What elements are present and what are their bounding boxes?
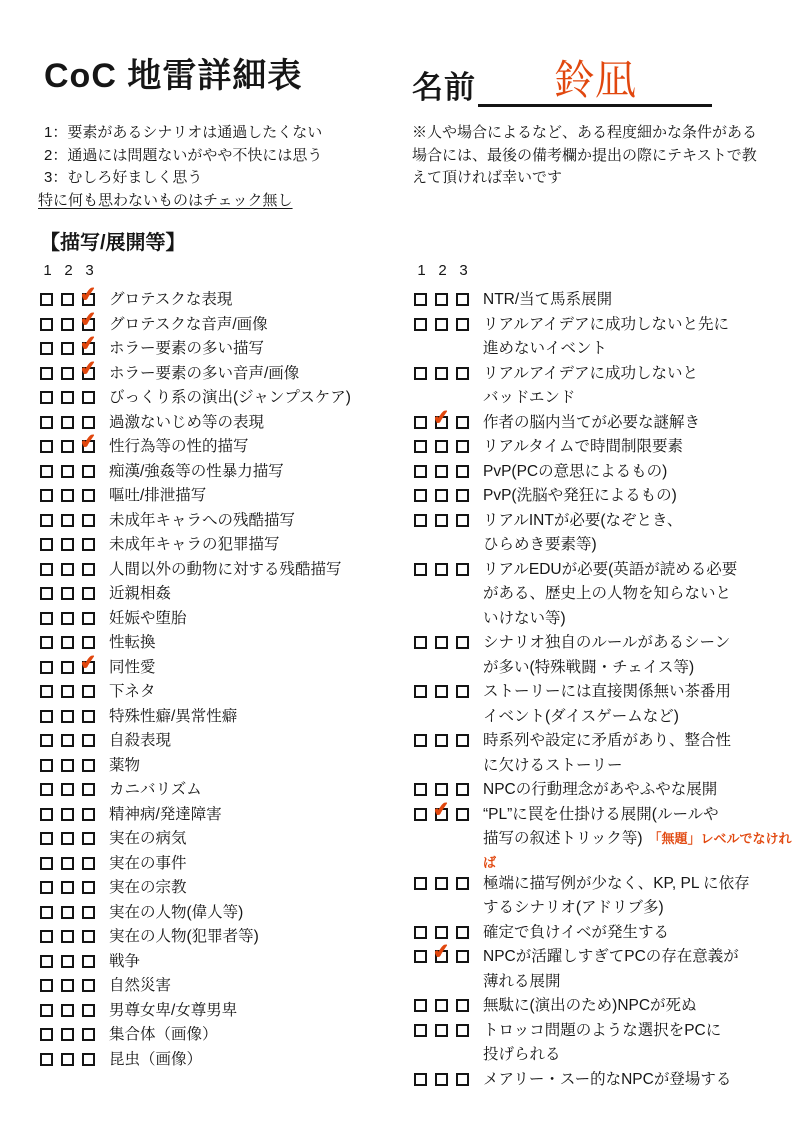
checkbox-2[interactable]	[61, 538, 74, 551]
checkbox-3[interactable]	[82, 391, 95, 404]
checkbox-3[interactable]	[82, 416, 95, 429]
checkbox-3[interactable]	[82, 1028, 95, 1041]
item-label-wrap: 戦争	[109, 950, 408, 975]
rating-legend: 1：要素があるシナリオは通過したくない 2：通過には問題ないがやや不快には思う …	[44, 122, 322, 190]
checkbox-2[interactable]	[61, 808, 74, 821]
rating-boxes	[40, 852, 95, 870]
item-label: 時系列や設定に矛盾があり、整合性 に欠けるストーリー	[483, 732, 731, 774]
checkbox-1[interactable]	[414, 318, 427, 331]
checkbox-1[interactable]	[414, 808, 427, 821]
checkbox-1[interactable]	[414, 1073, 427, 1086]
checkmark-icon: ✔	[79, 333, 98, 355]
checkbox-2[interactable]	[435, 636, 448, 649]
checkbox-2[interactable]	[61, 489, 74, 502]
checkbox-1[interactable]	[40, 465, 53, 478]
checkbox-3[interactable]: ✔	[82, 661, 95, 674]
section-title: 【描写/展開等】	[40, 226, 186, 255]
checkbox-1[interactable]	[40, 318, 53, 331]
checkbox-2[interactable]	[61, 367, 74, 380]
checkbox-2[interactable]	[61, 857, 74, 870]
checkbox-1[interactable]	[40, 685, 53, 698]
checkbox-1[interactable]	[40, 293, 53, 306]
checkbox-2[interactable]	[61, 636, 74, 649]
checkbox-3[interactable]	[456, 489, 469, 502]
item-label: 実在の人物(偉人等)	[109, 904, 243, 921]
checkbox-1[interactable]	[414, 636, 427, 649]
checkbox-3[interactable]	[82, 783, 95, 796]
checkbox-3[interactable]	[456, 416, 469, 429]
item-label: PvP(PCの意思によるもの)	[483, 463, 667, 480]
checklist-item: カニバリズム	[40, 778, 408, 803]
item-label: 戦争	[109, 953, 140, 970]
checkbox-3[interactable]	[82, 685, 95, 698]
scale-1: 1	[415, 262, 428, 282]
rating-boxes	[40, 386, 95, 404]
checkbox-2[interactable]	[61, 514, 74, 527]
checkbox-1[interactable]	[40, 930, 53, 943]
checklist-item: シナリオ独自のルールがあるシーン が多い(特殊戦闘・チェイス等)	[414, 631, 798, 680]
checkbox-1[interactable]	[40, 734, 53, 747]
checkbox-1[interactable]	[414, 440, 427, 453]
checkbox-1[interactable]	[40, 906, 53, 919]
checkbox-2[interactable]	[435, 685, 448, 698]
rating-boxes	[414, 680, 469, 698]
checkbox-1[interactable]	[40, 636, 53, 649]
checkmark-icon: ✔	[432, 407, 451, 429]
checkbox-2[interactable]	[435, 877, 448, 890]
item-label: 確定で負けイベが発生する	[483, 924, 669, 941]
checkbox-1[interactable]	[40, 857, 53, 870]
item-label: カニバリズム	[109, 781, 202, 798]
checkbox-3[interactable]	[456, 293, 469, 306]
item-label-wrap: 実在の事件	[109, 852, 408, 877]
checkbox-1[interactable]	[40, 538, 53, 551]
item-label-wrap: カニバリズム	[109, 778, 408, 803]
checkbox-3[interactable]	[82, 465, 95, 478]
checkbox-2[interactable]	[61, 416, 74, 429]
checkbox-3[interactable]	[82, 1053, 95, 1066]
rating-boxes	[40, 680, 95, 698]
item-label-wrap: 作者の脳内当てが必要な謎解き	[483, 411, 798, 436]
checkbox-2[interactable]	[61, 587, 74, 600]
item-label-wrap: 痴漢/強姦等の性暴力描写	[109, 460, 408, 485]
item-label: 特殊性癖/異常性癖	[109, 708, 237, 725]
item-label-wrap: 嘔吐/排泄描写	[109, 484, 408, 509]
checklist-item: ストーリーには直接関係無い茶番用 イベント(ダイスゲームなど)	[414, 680, 798, 729]
item-label-wrap: 極端に描写例が少なく、KP, PL に依存 するシナリオ(アドリブ多)	[483, 872, 798, 921]
item-label: 性行為等の性的描写	[109, 438, 249, 455]
checklist-item: 集合体（画像）	[40, 1023, 408, 1048]
checkbox-3[interactable]	[456, 734, 469, 747]
checkbox-3[interactable]	[82, 979, 95, 992]
rating-boxes	[414, 994, 469, 1012]
checkbox-1[interactable]	[40, 391, 53, 404]
checkbox-1[interactable]	[40, 881, 53, 894]
rating-boxes	[414, 1019, 469, 1037]
checkbox-3[interactable]	[82, 538, 95, 551]
checkbox-2[interactable]	[61, 661, 74, 674]
checklist-item: 実在の病気	[40, 827, 408, 852]
checkbox-2[interactable]	[61, 342, 74, 355]
checklist-item: 実在の人物(犯罪者等)	[40, 925, 408, 950]
checklist-item: 自然災害	[40, 974, 408, 999]
item-label: 実在の宗教	[109, 879, 187, 896]
item-label-wrap: 確定で負けイベが発生する	[483, 921, 798, 946]
item-label: ストーリーには直接関係無い茶番用 イベント(ダイスゲームなど)	[483, 683, 731, 725]
checkbox-3[interactable]	[456, 465, 469, 478]
checkbox-1[interactable]	[414, 926, 427, 939]
item-label-wrap: トロッコ問題のような選択をPCに 投げられる	[483, 1019, 798, 1068]
checklist-item: メアリー・スー的なNPCが登場する	[414, 1068, 798, 1093]
rating-boxes	[40, 876, 95, 894]
rating-boxes	[40, 509, 95, 527]
item-label: リアルEDUが必要(英語が読める必要 がある、歴史上の人物を知らないと いけない…	[483, 561, 737, 627]
checkbox-2[interactable]	[61, 440, 74, 453]
checklist-item: 下ネタ	[40, 680, 408, 705]
item-label: 集合体（画像）	[109, 1026, 218, 1043]
item-label: びっくり系の演出(ジャンプスケア)	[109, 389, 351, 406]
checkbox-1[interactable]	[40, 759, 53, 772]
checkbox-2[interactable]	[435, 1024, 448, 1037]
rating-boxes	[414, 631, 469, 649]
item-label: グロテスクな表現	[109, 291, 232, 308]
item-label: 自殺表現	[109, 732, 171, 749]
checkbox-3[interactable]	[456, 877, 469, 890]
checkbox-3[interactable]	[456, 783, 469, 796]
checkbox-1[interactable]	[40, 563, 53, 576]
checkbox-3[interactable]	[456, 1073, 469, 1086]
checkbox-2[interactable]	[61, 293, 74, 306]
checkbox-1[interactable]	[40, 1028, 53, 1041]
checkbox-1[interactable]	[40, 979, 53, 992]
checkbox-2[interactable]	[61, 710, 74, 723]
item-label: 未成年キャラへの残酷描写	[109, 512, 295, 529]
checkbox-1[interactable]	[40, 514, 53, 527]
scale-2: 2	[436, 262, 449, 282]
checkbox-3[interactable]: ✔	[82, 342, 95, 355]
item-label-wrap: 実在の人物(偉人等)	[109, 901, 408, 926]
checkbox-3[interactable]	[456, 950, 469, 963]
checkbox-3[interactable]	[456, 367, 469, 380]
checkbox-1[interactable]	[414, 465, 427, 478]
checkbox-1[interactable]	[414, 489, 427, 502]
item-label-wrap: グロテスクな音声/画像	[109, 313, 408, 338]
checkbox-2[interactable]	[61, 734, 74, 747]
rating-boxes	[414, 460, 469, 478]
checkbox-2[interactable]	[61, 318, 74, 331]
checkbox-3[interactable]	[456, 440, 469, 453]
item-label-wrap: NPCが活躍しすぎてPCの存在意義が 薄れる展開	[483, 945, 798, 994]
item-label: ホラー要素の多い描写	[109, 340, 264, 357]
checkbox-3[interactable]	[82, 759, 95, 772]
checkbox-1[interactable]	[414, 293, 427, 306]
scale-3: 3	[83, 262, 96, 282]
checkbox-2[interactable]	[435, 926, 448, 939]
item-label-wrap: 薬物	[109, 754, 408, 779]
checkbox-3[interactable]	[456, 999, 469, 1012]
checkbox-2[interactable]	[435, 734, 448, 747]
checkbox-1[interactable]	[40, 661, 53, 674]
checkbox-3[interactable]	[82, 906, 95, 919]
item-label-wrap: ホラー要素の多い描写	[109, 337, 408, 362]
checklist-item: リアルINTが必要(なぞとき、 ひらめき要素等)	[414, 509, 798, 558]
checklist-item: ✔ NPCが活躍しすぎてPCの存在意義が 薄れる展開	[414, 945, 798, 994]
item-label-wrap: 近親相姦	[109, 582, 408, 607]
checkbox-1[interactable]	[414, 999, 427, 1012]
checkbox-2[interactable]: ✔	[435, 808, 448, 821]
scale-1: 1	[41, 262, 54, 282]
checkbox-2[interactable]	[61, 1028, 74, 1041]
rating-boxes	[40, 950, 95, 968]
rating-boxes: ✔	[414, 945, 469, 963]
checkbox-2[interactable]	[61, 906, 74, 919]
item-label: 未成年キャラの犯罪描写	[109, 536, 280, 553]
item-label-wrap: 自殺表現	[109, 729, 408, 754]
item-label: NPCが活躍しすぎてPCの存在意義が 薄れる展開	[483, 948, 739, 990]
checkbox-1[interactable]	[40, 489, 53, 502]
checkbox-3[interactable]: ✔	[82, 293, 95, 306]
item-label-wrap: 時系列や設定に矛盾があり、整合性 に欠けるストーリー	[483, 729, 798, 778]
checkmark-icon: ✔	[432, 941, 451, 963]
checklist-item: 昆虫（画像）	[40, 1048, 408, 1073]
checkbox-2[interactable]	[61, 612, 74, 625]
rating-boxes	[414, 1068, 469, 1086]
checkbox-2[interactable]	[61, 930, 74, 943]
item-label: 昆虫（画像）	[109, 1051, 202, 1068]
checkbox-2[interactable]	[61, 1004, 74, 1017]
checkmark-icon: ✔	[79, 284, 98, 306]
item-label: リアルアイデアに成功しないと バッドエンド	[483, 365, 698, 407]
item-label: 作者の脳内当てが必要な謎解き	[483, 414, 700, 431]
rating-boxes	[40, 460, 95, 478]
checkbox-3[interactable]	[456, 318, 469, 331]
checkbox-1[interactable]	[414, 685, 427, 698]
checkbox-3[interactable]: ✔	[82, 318, 95, 331]
checklist-item: 薬物	[40, 754, 408, 779]
checkbox-1[interactable]	[40, 440, 53, 453]
rating-boxes	[40, 631, 95, 649]
checkbox-1[interactable]	[40, 587, 53, 600]
item-label: 自然災害	[109, 977, 171, 994]
checkbox-3[interactable]	[82, 514, 95, 527]
checkbox-1[interactable]	[40, 832, 53, 845]
checkbox-1[interactable]	[40, 808, 53, 821]
checkbox-1[interactable]	[414, 416, 427, 429]
item-label-wrap: ストーリーには直接関係無い茶番用 イベント(ダイスゲームなど)	[483, 680, 798, 729]
legend-line-2: 2：通過には問題ないがやや不快には思う	[44, 145, 322, 168]
rating-boxes	[414, 288, 469, 306]
item-label-wrap: リアルアイデアに成功しないと先に 進めないイベント	[483, 313, 798, 362]
checkbox-1[interactable]	[414, 1024, 427, 1037]
item-label: 下ネタ	[109, 683, 156, 700]
rating-boxes: ✔	[40, 288, 95, 306]
checkbox-3[interactable]	[82, 734, 95, 747]
checkbox-2[interactable]	[61, 563, 74, 576]
checkbox-1[interactable]	[414, 877, 427, 890]
rating-boxes: ✔	[40, 435, 95, 453]
item-label-wrap: リアルタイムで時間制限要素	[483, 435, 798, 460]
checkbox-2[interactable]	[61, 391, 74, 404]
item-label-wrap: 未成年キャラの犯罪描写	[109, 533, 408, 558]
checkbox-2[interactable]	[61, 685, 74, 698]
checkbox-2[interactable]	[435, 440, 448, 453]
item-label-wrap: NPCの行動理念があやふやな展開	[483, 778, 798, 803]
checkbox-2[interactable]	[435, 367, 448, 380]
item-label: 精神病/発達障害	[109, 806, 222, 823]
checkbox-3[interactable]	[456, 563, 469, 576]
checkmark-icon: ✔	[432, 799, 451, 821]
checkbox-3[interactable]	[82, 1004, 95, 1017]
item-label-wrap: 人間以外の動物に対する残酷描写	[109, 558, 408, 583]
item-label-wrap: 妊娠や堕胎	[109, 607, 408, 632]
item-label: 実在の事件	[109, 855, 187, 872]
checkbox-1[interactable]	[40, 1053, 53, 1066]
checkbox-2[interactable]	[435, 783, 448, 796]
checkbox-3[interactable]	[82, 808, 95, 821]
rating-boxes	[40, 607, 95, 625]
name-underline[interactable]: 鈴凪	[478, 60, 712, 107]
checkbox-3[interactable]	[82, 587, 95, 600]
item-label: 人間以外の動物に対する残酷描写	[109, 561, 342, 578]
item-label: PvP(洗脳や発狂によるもの)	[483, 487, 677, 504]
checkbox-3[interactable]	[456, 514, 469, 527]
checklist-item: NTR/当て馬系展開	[414, 288, 798, 313]
rating-boxes	[40, 484, 95, 502]
checkbox-3[interactable]	[82, 857, 95, 870]
legend-note: 特に何も思わないものはチェック無し	[38, 190, 293, 213]
checkbox-2[interactable]	[435, 563, 448, 576]
checkbox-3[interactable]	[82, 563, 95, 576]
checkbox-3[interactable]	[82, 489, 95, 502]
checklist-item: 未成年キャラへの残酷描写	[40, 509, 408, 534]
checkbox-2[interactable]	[435, 465, 448, 478]
checkbox-2[interactable]	[61, 979, 74, 992]
item-label-wrap: 性行為等の性的描写	[109, 435, 408, 460]
checkbox-1[interactable]	[40, 367, 53, 380]
checkbox-2[interactable]: ✔	[435, 950, 448, 963]
item-label-wrap: 自然災害	[109, 974, 408, 999]
document-page: CoC 地雷詳細表 名前 鈴凪 1：要素があるシナリオは通過したくない 2：通過…	[0, 0, 800, 1131]
checkbox-2[interactable]	[61, 881, 74, 894]
checkbox-1[interactable]	[40, 955, 53, 968]
checklist-item: 嘔吐/排泄描写	[40, 484, 408, 509]
checkbox-2[interactable]	[435, 293, 448, 306]
checkbox-1[interactable]	[414, 367, 427, 380]
rating-boxes	[414, 872, 469, 890]
checkbox-2[interactable]	[435, 318, 448, 331]
checkbox-2[interactable]	[61, 1053, 74, 1066]
checkbox-2[interactable]: ✔	[435, 416, 448, 429]
checklist-item: NPCの行動理念があやふやな展開	[414, 778, 798, 803]
checkbox-3[interactable]	[456, 926, 469, 939]
item-label: 性転換	[109, 634, 156, 651]
legend-line-1: 1：要素があるシナリオは通過したくない	[44, 122, 322, 145]
checkbox-1[interactable]	[414, 734, 427, 747]
checkbox-3[interactable]: ✔	[82, 440, 95, 453]
checkbox-1[interactable]	[40, 710, 53, 723]
item-label-wrap: リアルアイデアに成功しないと バッドエンド	[483, 362, 798, 411]
checkbox-3[interactable]	[82, 636, 95, 649]
rating-boxes	[414, 921, 469, 939]
checkbox-2[interactable]	[435, 999, 448, 1012]
checkbox-1[interactable]	[40, 612, 53, 625]
item-label-wrap: メアリー・スー的なNPCが登場する	[483, 1068, 798, 1093]
checkbox-2[interactable]	[435, 1073, 448, 1086]
side-note: ※人や場合によるなど、ある程度細かな条件がある 場合には、最後の備考欄か提出の際…	[412, 122, 776, 190]
item-label: リアルアイデアに成功しないと先に 進めないイベント	[483, 316, 729, 358]
item-label: 実在の人物(犯罪者等)	[109, 928, 259, 945]
rating-boxes: ✔	[40, 337, 95, 355]
checklist-item: リアルEDUが必要(英語が読める必要 がある、歴史上の人物を知らないと いけない…	[414, 558, 798, 632]
item-label: 男尊女卑/女尊男卑	[109, 1002, 237, 1019]
checkbox-2[interactable]	[61, 783, 74, 796]
checkbox-3[interactable]	[456, 1024, 469, 1037]
checklist-item: 実在の人物(偉人等)	[40, 901, 408, 926]
item-label-wrap: 未成年キャラへの残酷描写	[109, 509, 408, 534]
item-label-wrap: NTR/当て馬系展開	[483, 288, 798, 313]
rating-boxes	[414, 362, 469, 380]
rating-boxes: ✔	[40, 362, 95, 380]
checkbox-3[interactable]	[82, 955, 95, 968]
rating-boxes	[40, 754, 95, 772]
checklist-item: ✔ 性行為等の性的描写	[40, 435, 408, 460]
checkbox-1[interactable]	[40, 342, 53, 355]
checkbox-1[interactable]	[40, 416, 53, 429]
checkbox-1[interactable]	[40, 783, 53, 796]
checkbox-3[interactable]	[82, 612, 95, 625]
checkbox-1[interactable]	[414, 514, 427, 527]
checkbox-3[interactable]	[82, 930, 95, 943]
checklist-item: ✔ 作者の脳内当てが必要な謎解き	[414, 411, 798, 436]
rating-boxes: ✔	[40, 656, 95, 674]
name-value: 鈴凪	[554, 60, 636, 104]
checkbox-2[interactable]	[435, 489, 448, 502]
checkbox-2[interactable]	[435, 514, 448, 527]
page-title: CoC 地雷詳細表	[44, 48, 302, 97]
rating-boxes	[414, 435, 469, 453]
checkbox-2[interactable]	[61, 832, 74, 845]
checkmark-icon: ✔	[79, 652, 98, 674]
checkbox-1[interactable]	[414, 950, 427, 963]
rating-boxes	[40, 558, 95, 576]
checkbox-3[interactable]	[82, 881, 95, 894]
checkbox-3[interactable]	[456, 685, 469, 698]
checkbox-1[interactable]	[414, 563, 427, 576]
checklist-item: リアルアイデアに成功しないと バッドエンド	[414, 362, 798, 411]
rating-boxes	[414, 509, 469, 527]
checkbox-3[interactable]	[82, 832, 95, 845]
checkbox-2[interactable]	[61, 465, 74, 478]
checkbox-3[interactable]	[456, 636, 469, 649]
item-label: 近親相姦	[109, 585, 171, 602]
item-label: 無駄に(演出のため)NPCが死ぬ	[483, 997, 697, 1014]
checkbox-1[interactable]	[414, 783, 427, 796]
rating-boxes	[414, 778, 469, 796]
item-label-wrap: リアルINTが必要(なぞとき、 ひらめき要素等)	[483, 509, 798, 558]
checkmark-icon: ✔	[79, 309, 98, 331]
item-label-wrap: びっくり系の演出(ジャンプスケア)	[109, 386, 408, 411]
item-label-wrap: 同性愛	[109, 656, 408, 681]
checkbox-1[interactable]	[40, 1004, 53, 1017]
checkbox-2[interactable]	[61, 759, 74, 772]
checkbox-3[interactable]	[82, 710, 95, 723]
checkbox-3[interactable]: ✔	[82, 367, 95, 380]
rating-boxes	[40, 729, 95, 747]
rating-boxes	[40, 1048, 95, 1066]
checkbox-2[interactable]	[61, 955, 74, 968]
checkbox-3[interactable]	[456, 808, 469, 821]
item-label: 実在の病気	[109, 830, 187, 847]
